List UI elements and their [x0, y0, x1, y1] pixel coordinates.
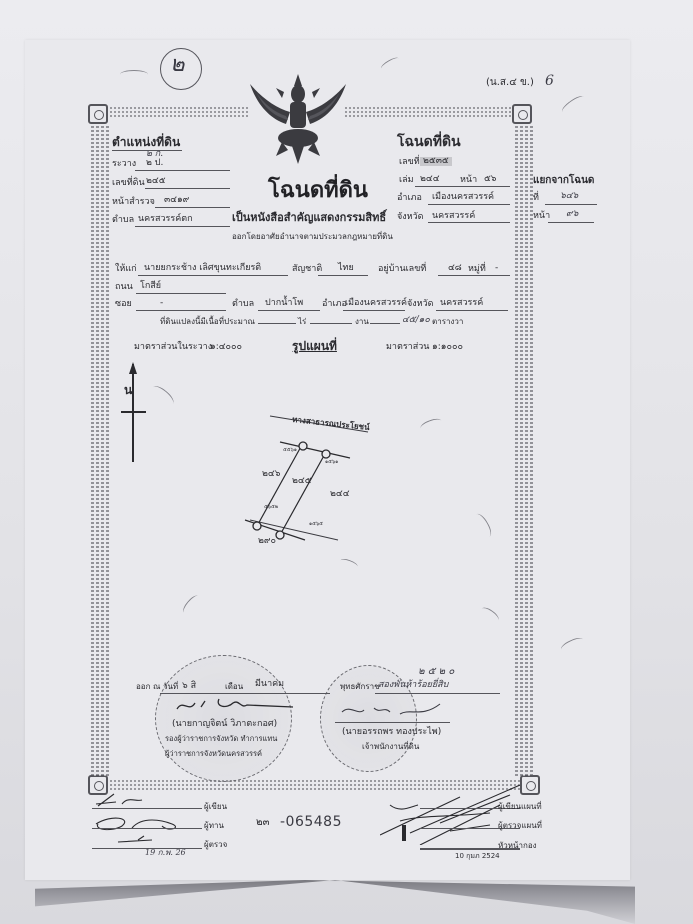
road-label: ถนน: [115, 283, 133, 292]
left-date-handwritten: 19 ก.พ. 26: [145, 849, 186, 857]
signature-left: [175, 695, 295, 717]
land-number-label: เลขที่ดิน: [112, 179, 145, 188]
book-value: ๒๔๔: [420, 175, 440, 184]
moo-label: หมู่ที่: [468, 265, 486, 274]
plan-scale-label: มาตราส่วน: [386, 343, 429, 352]
deed-amphoe-value: เมืองนครสวรรค์: [432, 193, 494, 202]
map-writer-label: ผู้เขียนแผนที่: [498, 803, 542, 811]
book-label: เล่ม: [399, 176, 414, 185]
paper-fiber: [120, 70, 148, 79]
split-from-page-label: หน้า: [533, 212, 550, 221]
plan-scale-value: ๑:๑๐๐๐: [432, 343, 463, 352]
writer-label: ผู้เขียน: [204, 803, 227, 811]
deed-page-value: ๕๖: [484, 175, 497, 184]
survey-page-label: หน้าสำรวจ: [112, 198, 155, 207]
signer-right-title: เจ้าพนักงานที่ดิน: [362, 743, 419, 751]
serial-number: -065485: [280, 815, 342, 829]
issue-month-label: เดือน: [225, 683, 243, 691]
checker-label: ผู้ทาน: [204, 822, 224, 830]
deed-page-label: หน้า: [460, 176, 477, 185]
deed-number-label: เลขที่: [399, 158, 420, 167]
deed-amphoe-label: อำเภอ: [397, 194, 422, 203]
right-date-stamp: 10 กุมภ 2524: [455, 853, 500, 860]
granted-to-label: ให้แก่: [115, 265, 137, 274]
signature-right: [340, 700, 450, 722]
road-value: โกสีย์: [140, 282, 161, 291]
soi-value: -: [160, 299, 163, 308]
neighbor-parcel-left: ๒๔๖: [262, 470, 280, 479]
issue-date-label: ออก ณ วันที่: [136, 683, 178, 691]
owner-province-label: จังหวัด: [407, 300, 434, 309]
form-code-annotation: 6: [545, 74, 554, 88]
serial-prefix: ๒๓: [256, 818, 269, 828]
marker-label-4: ๑๕๖๕: [309, 522, 323, 527]
owner-tambon-label: ตำบล: [232, 300, 254, 309]
footer-signatures-left: [92, 790, 202, 850]
ngan-label: งาน: [355, 318, 369, 326]
footer-signatures-right: [380, 785, 520, 845]
split-from-heading: แยกจากโฉนด: [533, 176, 594, 186]
nationality-value: ไทย: [338, 264, 354, 273]
signer-right-name: (นายอรรถพร ทองประไพ): [342, 728, 441, 737]
rawang-label: ระวาง: [112, 160, 136, 169]
issue-month-value: มีนาคม: [255, 680, 284, 689]
map-scale-label: มาตราส่วนในระวาง: [134, 343, 212, 352]
corner-ornament-bottom-right: [520, 775, 540, 795]
map-checker-label: ผู้ตรวจแผนที่: [498, 822, 542, 830]
north-arrow-icon: [118, 362, 148, 462]
deed-number-value: ๒๕๓๕: [420, 157, 452, 166]
issue-year-annotation: ๒ ๕ ๒ ๐: [418, 667, 454, 677]
split-from-number-value: ๖๔๖: [560, 192, 578, 201]
nationality-label: สัญชาติ: [292, 265, 322, 274]
area-prefix: ที่ดินแปลงนี้มีเนื้อที่ประมาณ: [160, 318, 255, 326]
form-code: (น.ส.๔ ข.): [486, 78, 534, 88]
issued-under-law: ออกโดยอาศัยอำนาจตามประมวลกฎหมายที่ดิน: [232, 233, 393, 241]
document-title: โฉนดที่ดิน: [268, 180, 368, 202]
location-tambon-value: นครสวรรค์ตก: [138, 215, 193, 224]
neighbor-parcel-bottom: ๒๙๐: [258, 537, 276, 546]
owner-province-value: นครสวรรค์: [440, 299, 483, 308]
issue-year-value: สองพันห้าร้อยยี่สิบ: [378, 681, 448, 690]
deed-province-label: จังหวัด: [397, 213, 424, 222]
garuda-emblem-icon: [246, 72, 350, 172]
border-right: [515, 126, 533, 776]
moo-value: -: [495, 264, 498, 273]
rawang-value: ๒ ป.: [146, 159, 163, 168]
land-number-value: ๒๔๕: [146, 177, 166, 186]
chief-label: หัวหน้ากอง: [498, 842, 537, 850]
location-tambon-label: ตำบล: [112, 216, 134, 225]
soi-label: ซอย: [115, 300, 132, 309]
split-from-number-label: ที่: [533, 194, 539, 203]
signer-left-title-2: ผู้ว่าราชการจังหวัดนครสวรรค์: [165, 750, 262, 758]
border-left: [91, 126, 109, 776]
border-top-right: [345, 107, 512, 119]
rai-label: ไร่: [298, 318, 306, 326]
parcel-number-center: ๒๔๕: [292, 477, 312, 486]
map-scale-value: ๑:๔๐๐๐: [210, 343, 242, 352]
verifier-label: ผู้ตรวจ: [204, 841, 227, 849]
granted-to-value: นายยกระช้าง เลิศขุนทะเกียรติ: [144, 264, 261, 273]
split-from-page-value: ๙๖: [566, 210, 578, 219]
border-top-left: [110, 107, 250, 119]
owner-amphoe-label: อำเภอ: [322, 300, 347, 309]
square-wa-value: ๔๕/๑๐: [402, 316, 430, 325]
north-label: น: [124, 384, 132, 396]
signer-left-title-1: รองผู้ว่าราชการจังหวัด ทำการแทน: [165, 735, 277, 743]
circled-number: ๒: [170, 54, 185, 76]
location-heading: ตำแหน่งที่ดิน: [112, 136, 180, 148]
house-number-label: อยู่บ้านเลขที่: [378, 265, 426, 274]
deed-heading: โฉนดที่ดิน: [397, 135, 461, 149]
survey-page-value: ๓๔๑๙: [164, 196, 189, 205]
issue-year-label: พุทธศักราช: [340, 683, 380, 691]
document-subtitle: เป็นหนังสือสำคัญแสดงกรรมสิทธิ์: [232, 212, 386, 223]
corner-ornament-top-left: [88, 104, 108, 124]
marker-label-2: ๑๕๖๑: [325, 460, 338, 465]
signer-left-name: (นายกาญจิตน์ วิภาตะกอศ): [172, 720, 277, 729]
deed-province-value: นครสวรรค์: [432, 212, 475, 221]
square-wa-label: ตารางวา: [432, 318, 463, 326]
issue-day-value: ๖ สิ: [182, 682, 196, 691]
neighbor-parcel-right: ๒๔๔: [330, 490, 350, 499]
marker-label-3: ๕๖๕๒: [264, 505, 278, 510]
owner-tambon-value: ปากน้ำโพ: [265, 299, 303, 308]
house-number-value: ๔๘: [448, 264, 462, 273]
owner-amphoe-value: เมืองนครสวรรค์: [345, 299, 407, 308]
marker-label-1: ๕๕๖๑: [283, 448, 297, 453]
corner-ornament-top-right: [512, 104, 532, 124]
plan-title: รูปแผนที่: [292, 340, 337, 352]
